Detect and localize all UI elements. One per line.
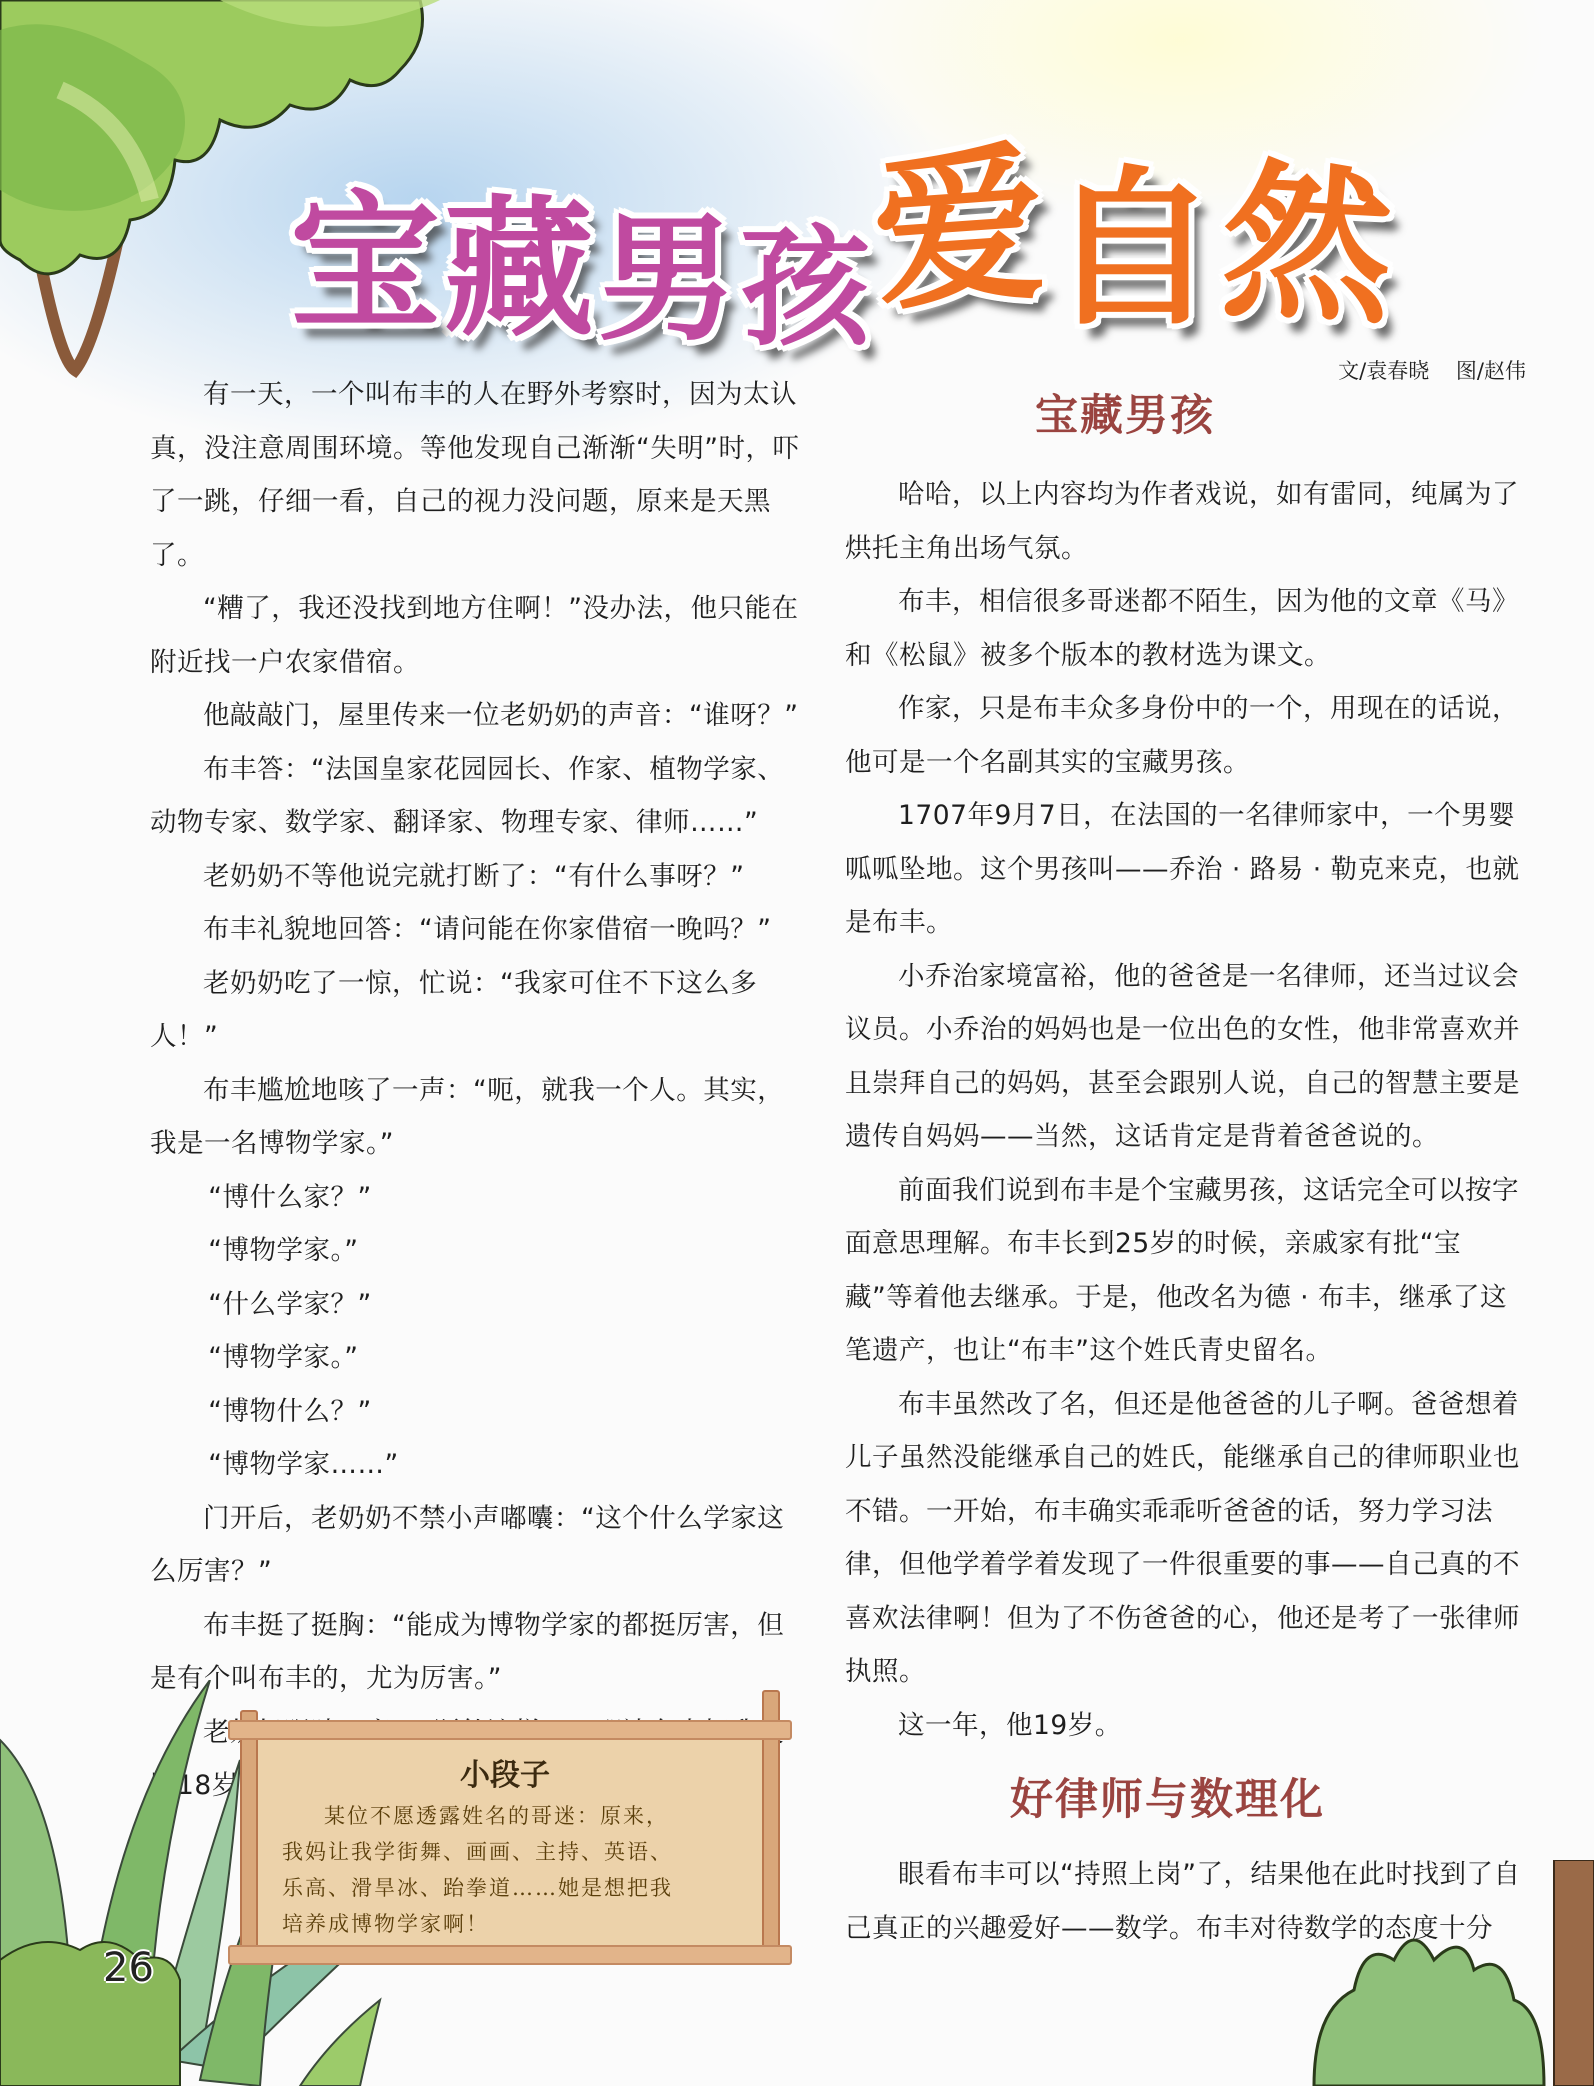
paragraph: 布丰答：“法国皇家花园园长、作家、植物学家、动物专家、数学家、翻译家、物理专家、…	[150, 743, 810, 850]
paragraph: 布丰礼貌地回答：“请问能在你家借宿一晚吗？”	[150, 903, 810, 957]
sign-line: 乐高、滑旱冰、跆拳道……她是想把我	[282, 1870, 752, 1906]
page-title: 宝 藏 男 孩 爱 自 然	[290, 105, 1392, 345]
paragraph: 小乔治家境富裕，他的爸爸是一名律师，还当过议会议员。小乔治的妈妈也是一位出色的女…	[845, 950, 1525, 1164]
paragraph: 老奶奶吃了一惊，忙说：“我家可住不下这么多人！”	[150, 957, 810, 1064]
paragraph: “博物学家。”	[150, 1331, 810, 1385]
section-title: 好律师与数理化	[1010, 1766, 1325, 1827]
paragraph: 他敲敲门，屋里传来一位老奶奶的声音：“谁呀？”	[150, 689, 810, 743]
byline: 文/袁春晓 图/赵伟	[1338, 355, 1526, 385]
title-char: 宝	[290, 189, 440, 339]
paragraph: 有一天，一个叫布丰的人在野外考察时，因为太认真，没注意周围环境。等他发现自己渐渐…	[150, 368, 810, 582]
paragraph: 布丰尴尬地咳了一声：“呃，就我一个人。其实，我是一名博物学家。”	[150, 1064, 810, 1171]
section-title: 宝藏男孩	[1035, 382, 1215, 443]
title-char: 自	[1048, 165, 1218, 335]
paragraph: 这一年，他19岁。	[845, 1699, 1525, 1753]
left-column: 有一天，一个叫布丰的人在野外考察时，因为太认真，没注意周围环境。等他发现自己渐渐…	[150, 368, 810, 1813]
sign-post-left	[240, 1710, 258, 1964]
sign-line: 培养成博物学家啊！	[282, 1906, 752, 1942]
right-column: 哈哈，以上内容均为作者戏说，如有雷同，纯属为了烘托主角出场气氛。 布丰，相信很多…	[845, 468, 1525, 1955]
bush-illustration	[1274, 1860, 1594, 2086]
sign-line: 某位不愿透露姓名的哥迷：原来，	[282, 1798, 752, 1834]
sign-title: 小段子	[222, 1750, 788, 1794]
paragraph: “博物学家。”	[150, 1224, 810, 1278]
sign-rail-bottom	[228, 1945, 792, 1965]
paragraph: “什么学家？”	[150, 1278, 810, 1332]
paragraph: 老奶奶不等他说完就打断了：“有什么事呀？”	[150, 850, 810, 904]
paragraph: “博物学家……”	[150, 1438, 810, 1492]
paragraph: 1707年9月7日，在法国的一名律师家中，一个男婴呱呱坠地。这个男孩叫——乔治 …	[845, 789, 1525, 950]
paragraph: 布丰虽然改了名，但还是他爸爸的儿子啊。爸爸想着儿子虽然没能继承自己的姓氏，能继承…	[845, 1378, 1525, 1699]
title-char: 爱	[868, 139, 1049, 320]
paragraph: 作家，只是布丰众多身份中的一个，用现在的话说，他可是一个名副其实的宝藏男孩。	[845, 682, 1525, 789]
sign-line: 我妈让我学街舞、画画、主持、英语、	[282, 1834, 752, 1870]
sign-body: 某位不愿透露姓名的哥迷：原来， 我妈让我学街舞、画画、主持、英语、 乐高、滑旱冰…	[282, 1798, 752, 1942]
paragraph: “糟了，我还没找到地方住啊！”没办法，他只能在附近找一户农家借宿。	[150, 582, 810, 689]
paragraph: “博物什么？”	[150, 1385, 810, 1439]
title-char: 男	[598, 211, 736, 349]
page-number: 26	[103, 1945, 154, 1991]
sign-rail-top	[228, 1720, 792, 1740]
title-char: 孩	[740, 223, 870, 353]
paragraph: 门开后，老奶奶不禁小声嘟囔：“这个什么学家这么厉害？”	[150, 1492, 810, 1599]
paragraph: 哈哈，以上内容均为作者戏说，如有雷同，纯属为了烘托主角出场气氛。	[845, 468, 1525, 575]
title-char: 藏	[444, 195, 594, 345]
joke-sign-box: 小段子 某位不愿透露姓名的哥迷：原来， 我妈让我学街舞、画画、主持、英语、 乐高…	[222, 1690, 788, 1960]
title-char: 然	[1218, 157, 1397, 336]
paragraph: “博什么家？”	[150, 1171, 810, 1225]
paragraph: 前面我们说到布丰是个宝藏男孩，这话完全可以按字面意思理解。布丰长到25岁的时候，…	[845, 1164, 1525, 1378]
paragraph: 布丰，相信很多哥迷都不陌生，因为他的文章《马》和《松鼠》被多个版本的教材选为课文…	[845, 575, 1525, 682]
